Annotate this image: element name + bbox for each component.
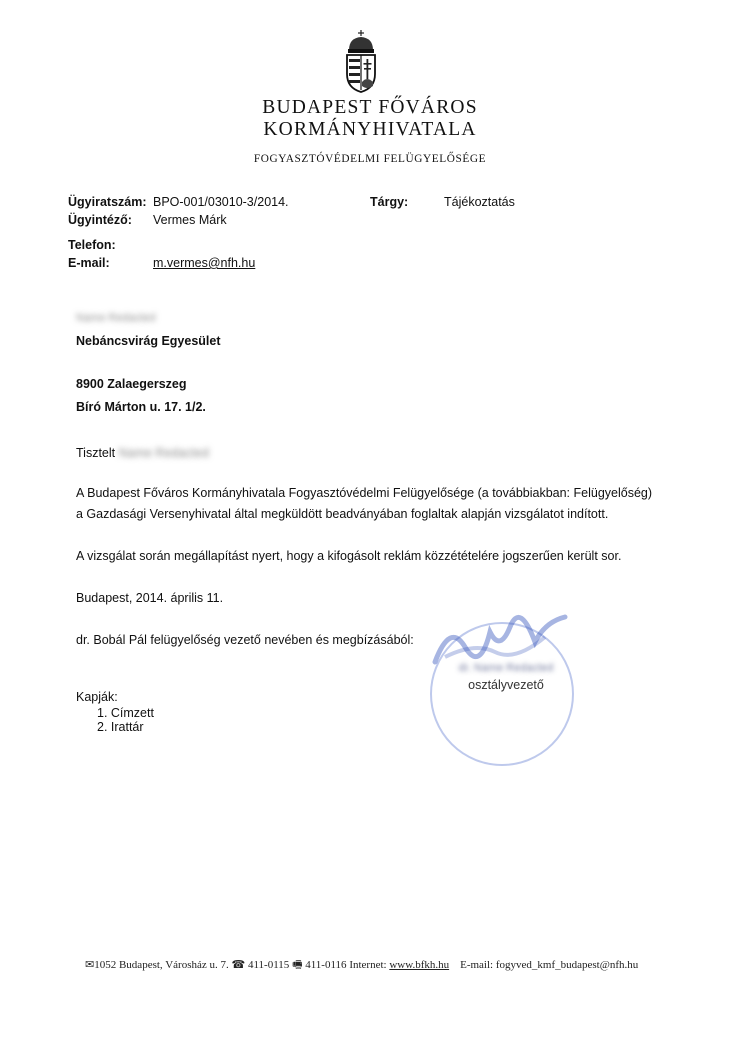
recipient-organization: Nebáncsvirág Egyesület xyxy=(76,334,221,348)
case-number-label: Ügyiratszám: xyxy=(68,195,147,209)
salutation-text: Tisztelt xyxy=(76,446,115,460)
subject-label: Tárgy: xyxy=(370,195,408,209)
recipient-street: Bíró Márton u. 17. 1/2. xyxy=(76,400,206,414)
footer-phone: 411-0115 xyxy=(248,959,289,971)
footer-internet-label: Internet: xyxy=(349,959,386,971)
footer-fax: 411-0116 xyxy=(305,959,346,971)
distribution-item: 1. Címzett xyxy=(97,706,154,720)
paragraph-1-line-1: A Budapest Főváros Kormányhivatala Fogya… xyxy=(76,483,652,504)
email-label: E-mail: xyxy=(68,256,110,270)
phone-label: Telefon: xyxy=(68,238,116,252)
email-link[interactable]: m.vermes@nfh.hu xyxy=(153,256,255,270)
coat-of-arms-icon xyxy=(343,30,379,94)
date-line: Budapest, 2014. április 11. xyxy=(76,588,223,609)
officer-label: Ügyintéző: xyxy=(68,213,132,227)
org-name-line1: BUDAPEST FŐVÁROS xyxy=(0,97,740,119)
distribution-label: Kapják: xyxy=(76,690,118,704)
recipient-city: 8900 Zalaegerszeg xyxy=(76,377,187,391)
paragraph-1-line-2: a Gazdasági Versenyhivatal által megküld… xyxy=(76,504,608,525)
org-name-line2: KORMÁNYHIVATALA xyxy=(0,119,740,141)
footer-email-label: E-mail: xyxy=(460,959,493,971)
recipient-name-redacted: Name Redacted xyxy=(76,312,156,324)
case-number: BPO-001/03010-3/2014. xyxy=(153,195,289,209)
footer-email: fogyved_kmf_budapest@nfh.hu xyxy=(496,959,638,971)
department-name: FOGYASZTÓVÉDELMI FELÜGYELŐSÉGE xyxy=(0,153,740,165)
salutation-name-redacted: Name Redacted xyxy=(119,446,209,460)
stamp-signer-redacted: dr. Name Redacted xyxy=(436,662,576,674)
salutation: Tisztelt Name Redacted xyxy=(76,446,209,460)
envelope-icon: ✉ xyxy=(85,959,94,971)
phone-icon: ☎ xyxy=(232,959,246,971)
stamp-signer-title: osztályvezető xyxy=(436,678,576,692)
paragraph-2: A vizsgálat során megállapítást nyert, h… xyxy=(76,546,621,567)
footer-contact: ✉1052 Budapest, Városház u. 7. ☎ 411-011… xyxy=(85,956,685,975)
distribution-item: 2. Irattár xyxy=(97,720,144,734)
signature-line: dr. Bobál Pál felügyelőség vezető nevébe… xyxy=(76,630,414,651)
officer-name: Vermes Márk xyxy=(153,213,227,227)
subject: Tájékoztatás xyxy=(444,195,515,209)
footer-website-link[interactable]: www.bfkh.hu xyxy=(389,959,449,971)
fax-icon: 🖷 xyxy=(292,959,302,971)
footer-address: 1052 Budapest, Városház u. 7. xyxy=(94,959,229,971)
